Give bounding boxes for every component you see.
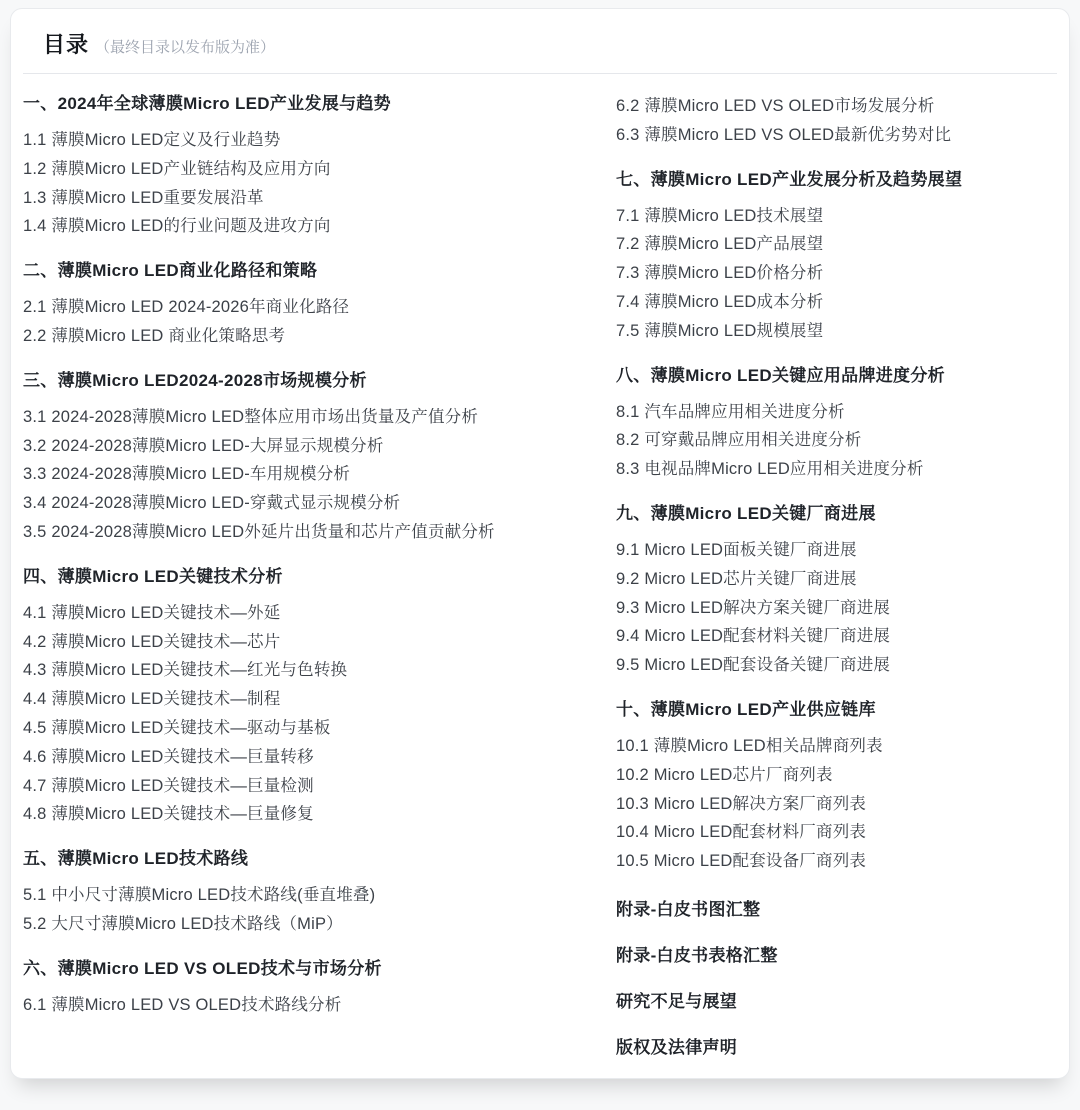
section-heading: 七、薄膜Micro LED产业发展分析及趋势展望 <box>616 168 1057 192</box>
toc-item: 1.3 薄膜Micro LED重要发展沿革 <box>23 184 616 213</box>
toc-section: 版权及法律声明 <box>616 1036 1057 1060</box>
toc-item: 3.3 2024-2028薄膜Micro LED-车用规模分析 <box>23 460 616 489</box>
toc-item: 5.1 中小尺寸薄膜Micro LED技术路线(垂直堆叠) <box>23 881 616 910</box>
toc-item: 8.1 汽车品牌应用相关进度分析 <box>616 398 1057 427</box>
toc-column-right: 6.2 薄膜Micro LED VS OLED市场发展分析6.3 薄膜Micro… <box>616 92 1057 1060</box>
toc-section: 四、薄膜Micro LED关键技术分析4.1 薄膜Micro LED关键技术—外… <box>23 565 616 829</box>
section-heading: 四、薄膜Micro LED关键技术分析 <box>23 565 616 589</box>
toc-item: 10.3 Micro LED解决方案厂商列表 <box>616 790 1057 819</box>
toc-item: 3.4 2024-2028薄膜Micro LED-穿戴式显示规模分析 <box>23 489 616 518</box>
toc-section: 附录-白皮书表格汇整 <box>616 944 1057 968</box>
toc-column-left: 一、2024年全球薄膜Micro LED产业发展与趋势1.1 薄膜Micro L… <box>23 92 616 1020</box>
toc-item: 9.2 Micro LED芯片关键厂商进展 <box>616 565 1057 594</box>
section-heading: 研究不足与展望 <box>616 990 1057 1014</box>
toc-section: 十、薄膜Micro LED产业供应链库10.1 薄膜Micro LED相关品牌商… <box>616 698 1057 876</box>
toc-item: 7.3 薄膜Micro LED价格分析 <box>616 259 1057 288</box>
toc-item: 2.1 薄膜Micro LED 2024-2026年商业化路径 <box>23 293 616 322</box>
toc-item: 10.4 Micro LED配套材料厂商列表 <box>616 818 1057 847</box>
section-heading: 二、薄膜Micro LED商业化路径和策略 <box>23 259 616 283</box>
toc-item: 9.4 Micro LED配套材料关键厂商进展 <box>616 622 1057 651</box>
toc-item: 10.1 薄膜Micro LED相关品牌商列表 <box>616 732 1057 761</box>
toc-section: 五、薄膜Micro LED技术路线5.1 中小尺寸薄膜Micro LED技术路线… <box>23 847 616 939</box>
toc-item: 4.7 薄膜Micro LED关键技术—巨量检测 <box>23 772 616 801</box>
toc-item: 6.3 薄膜Micro LED VS OLED最新优劣势对比 <box>616 121 1057 150</box>
toc-item: 7.2 薄膜Micro LED产品展望 <box>616 230 1057 259</box>
toc-item: 7.1 薄膜Micro LED技术展望 <box>616 202 1057 231</box>
toc-item: 4.3 薄膜Micro LED关键技术—红光与色转换 <box>23 656 616 685</box>
toc-item: 10.5 Micro LED配套设备厂商列表 <box>616 847 1057 876</box>
toc-item: 4.6 薄膜Micro LED关键技术—巨量转移 <box>23 743 616 772</box>
toc-section: 三、薄膜Micro LED2024-2028市场规模分析3.1 2024-202… <box>23 369 616 547</box>
toc-item: 4.4 薄膜Micro LED关键技术—制程 <box>23 685 616 714</box>
toc-section: 九、薄膜Micro LED关键厂商进展9.1 Micro LED面板关键厂商进展… <box>616 502 1057 680</box>
page-title: 目录 <box>43 30 89 60</box>
toc-item: 2.2 薄膜Micro LED 商业化策略思考 <box>23 322 616 351</box>
section-heading: 六、薄膜Micro LED VS OLED技术与市场分析 <box>23 957 616 981</box>
toc-item: 4.5 薄膜Micro LED关键技术—驱动与基板 <box>23 714 616 743</box>
toc-item: 4.2 薄膜Micro LED关键技术—芯片 <box>23 628 616 657</box>
section-heading: 十、薄膜Micro LED产业供应链库 <box>616 698 1057 722</box>
toc-card: 目录 （最终目录以发布版为准） 一、2024年全球薄膜Micro LED产业发展… <box>10 8 1070 1079</box>
toc-item: 3.1 2024-2028薄膜Micro LED整体应用市场出货量及产值分析 <box>23 403 616 432</box>
toc-section: 六、薄膜Micro LED VS OLED技术与市场分析6.1 薄膜Micro … <box>23 957 616 1020</box>
toc-section: 二、薄膜Micro LED商业化路径和策略2.1 薄膜Micro LED 202… <box>23 259 616 351</box>
toc-section: 6.2 薄膜Micro LED VS OLED市场发展分析6.3 薄膜Micro… <box>616 92 1057 150</box>
section-heading: 八、薄膜Micro LED关键应用品牌进度分析 <box>616 364 1057 388</box>
toc-item: 5.2 大尺寸薄膜Micro LED技术路线（MiP） <box>23 910 616 939</box>
toc-item: 7.4 薄膜Micro LED成本分析 <box>616 288 1057 317</box>
section-heading: 九、薄膜Micro LED关键厂商进展 <box>616 502 1057 526</box>
toc-item: 3.2 2024-2028薄膜Micro LED-大屏显示规模分析 <box>23 432 616 461</box>
toc-item: 4.8 薄膜Micro LED关键技术—巨量修复 <box>23 800 616 829</box>
page-subtitle: （最终目录以发布版为准） <box>95 36 275 57</box>
section-heading: 五、薄膜Micro LED技术路线 <box>23 847 616 871</box>
section-heading: 三、薄膜Micro LED2024-2028市场规模分析 <box>23 369 616 393</box>
toc-item: 4.1 薄膜Micro LED关键技术—外延 <box>23 599 616 628</box>
toc-columns: 一、2024年全球薄膜Micro LED产业发展与趋势1.1 薄膜Micro L… <box>11 74 1069 1068</box>
toc-item: 1.2 薄膜Micro LED产业链结构及应用方向 <box>23 155 616 184</box>
toc-header: 目录 （最终目录以发布版为准） <box>11 9 1069 60</box>
section-heading: 附录-白皮书表格汇整 <box>616 944 1057 968</box>
toc-item: 9.5 Micro LED配套设备关键厂商进展 <box>616 651 1057 680</box>
toc-item: 6.2 薄膜Micro LED VS OLED市场发展分析 <box>616 92 1057 121</box>
toc-item: 3.5 2024-2028薄膜Micro LED外延片出货量和芯片产值贡献分析 <box>23 518 616 547</box>
toc-section: 八、薄膜Micro LED关键应用品牌进度分析8.1 汽车品牌应用相关进度分析8… <box>616 364 1057 484</box>
toc-item: 8.3 电视品牌Micro LED应用相关进度分析 <box>616 455 1057 484</box>
toc-item: 1.4 薄膜Micro LED的行业问题及进攻方向 <box>23 212 616 241</box>
toc-item: 7.5 薄膜Micro LED规模展望 <box>616 317 1057 346</box>
section-heading: 附录-白皮书图汇整 <box>616 898 1057 922</box>
toc-item: 10.2 Micro LED芯片厂商列表 <box>616 761 1057 790</box>
section-heading: 一、2024年全球薄膜Micro LED产业发展与趋势 <box>23 92 616 116</box>
toc-item: 6.1 薄膜Micro LED VS OLED技术路线分析 <box>23 991 616 1020</box>
section-heading: 版权及法律声明 <box>616 1036 1057 1060</box>
toc-section: 七、薄膜Micro LED产业发展分析及趋势展望7.1 薄膜Micro LED技… <box>616 168 1057 346</box>
toc-section: 研究不足与展望 <box>616 990 1057 1014</box>
toc-section: 一、2024年全球薄膜Micro LED产业发展与趋势1.1 薄膜Micro L… <box>23 92 616 241</box>
toc-item: 9.1 Micro LED面板关键厂商进展 <box>616 536 1057 565</box>
toc-item: 8.2 可穿戴品牌应用相关进度分析 <box>616 426 1057 455</box>
toc-section: 附录-白皮书图汇整 <box>616 898 1057 922</box>
toc-item: 1.1 薄膜Micro LED定义及行业趋势 <box>23 126 616 155</box>
toc-item: 9.3 Micro LED解决方案关键厂商进展 <box>616 594 1057 623</box>
